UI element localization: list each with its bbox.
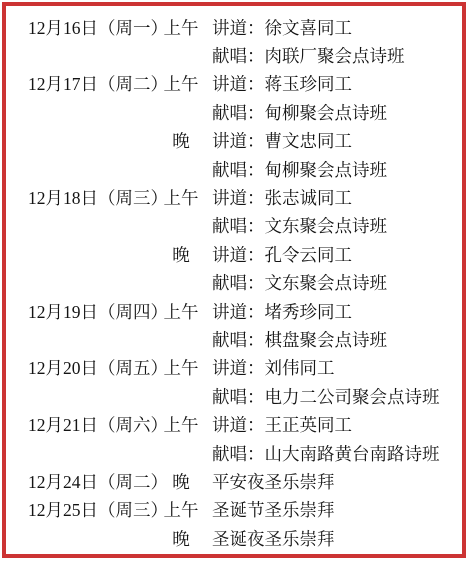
date-cell: 12月16日（周一） [28, 15, 150, 40]
schedule-row: 献唱：棋盘聚会点诗班 [0, 325, 469, 353]
time-cell: 上午 [150, 355, 212, 380]
schedule-row: 12月19日（周四）上午讲道：堵秀珍同工 [0, 297, 469, 325]
content-cell: 讲道：徐文喜同工 [212, 15, 352, 40]
time-cell: 晚 [150, 469, 212, 494]
content-cell: 献唱：甸柳聚会点诗班 [212, 157, 387, 182]
schedule-row: 献唱：甸柳聚会点诗班 [0, 98, 469, 126]
schedule-row: 12月20日（周五）上午讲道：刘伟同工 [0, 354, 469, 382]
schedule-row: 献唱：文东聚会点诗班 [0, 212, 469, 240]
content-cell: 献唱：肉联厂聚会点诗班 [212, 43, 405, 68]
time-cell: 晚 [150, 128, 212, 153]
content-cell: 讲道：王正英同工 [212, 412, 352, 437]
content-cell: 献唱：文东聚会点诗班 [212, 270, 387, 295]
schedule-row: 12月17日（周二）上午讲道：蒋玉珍同工 [0, 70, 469, 98]
content-cell: 讲道：孔令云同工 [212, 242, 352, 267]
time-cell: 晚 [150, 526, 212, 551]
time-cell: 上午 [150, 185, 212, 210]
content-cell: 讲道：堵秀珍同工 [212, 299, 352, 324]
content-cell: 讲道：蒋玉珍同工 [212, 71, 352, 96]
time-cell: 上午 [150, 71, 212, 96]
content-cell: 讲道：刘伟同工 [212, 355, 335, 380]
date-cell: 12月20日（周五） [28, 355, 150, 380]
content-cell: 献唱：电力二公司聚会点诗班 [212, 384, 440, 409]
schedule-row: 献唱：甸柳聚会点诗班 [0, 155, 469, 183]
content-cell: 圣诞节圣乐崇拜 [212, 497, 335, 522]
time-cell: 晚 [150, 242, 212, 267]
time-cell: 上午 [150, 497, 212, 522]
content-cell: 平安夜圣乐崇拜 [212, 469, 335, 494]
date-cell: 12月19日（周四） [28, 299, 150, 324]
date-cell: 12月21日（周六） [28, 412, 150, 437]
schedule-row: 晚讲道：孔令云同工 [0, 240, 469, 268]
schedule-row: 献唱：肉联厂聚会点诗班 [0, 41, 469, 69]
time-cell: 上午 [150, 15, 212, 40]
schedule-row: 晚圣诞夜圣乐崇拜 [0, 524, 469, 552]
schedule-row: 献唱：文东聚会点诗班 [0, 269, 469, 297]
content-cell: 献唱：山大南路黄台南路诗班 [212, 441, 440, 466]
date-cell: 12月24日（周二） [28, 469, 150, 494]
schedule-row: 12月24日（周二）晚平安夜圣乐崇拜 [0, 467, 469, 495]
content-cell: 献唱：文东聚会点诗班 [212, 213, 387, 238]
content-cell: 献唱：甸柳聚会点诗班 [212, 100, 387, 125]
schedule-row: 12月25日（周三）上午圣诞节圣乐崇拜 [0, 496, 469, 524]
schedule-row: 献唱：电力二公司聚会点诗班 [0, 382, 469, 410]
schedule-row: 12月21日（周六）上午讲道：王正英同工 [0, 410, 469, 438]
content-cell: 讲道：张志诚同工 [212, 185, 352, 210]
date-cell: 12月18日（周三） [28, 185, 150, 210]
time-cell: 上午 [150, 412, 212, 437]
content-cell: 献唱：棋盘聚会点诗班 [212, 327, 387, 352]
date-cell: 12月17日（周二） [28, 71, 150, 96]
date-cell: 12月25日（周三） [28, 497, 150, 522]
schedule: 12月16日（周一）上午讲道：徐文喜同工献唱：肉联厂聚会点诗班12月17日（周二… [0, 13, 469, 552]
content-cell: 圣诞夜圣乐崇拜 [212, 526, 335, 551]
time-cell: 上午 [150, 299, 212, 324]
schedule-row: 晚讲道：曹文忠同工 [0, 127, 469, 155]
schedule-row: 献唱：山大南路黄台南路诗班 [0, 439, 469, 467]
schedule-row: 12月16日（周一）上午讲道：徐文喜同工 [0, 13, 469, 41]
schedule-row: 12月18日（周三）上午讲道：张志诚同工 [0, 183, 469, 211]
content-cell: 讲道：曹文忠同工 [212, 128, 352, 153]
